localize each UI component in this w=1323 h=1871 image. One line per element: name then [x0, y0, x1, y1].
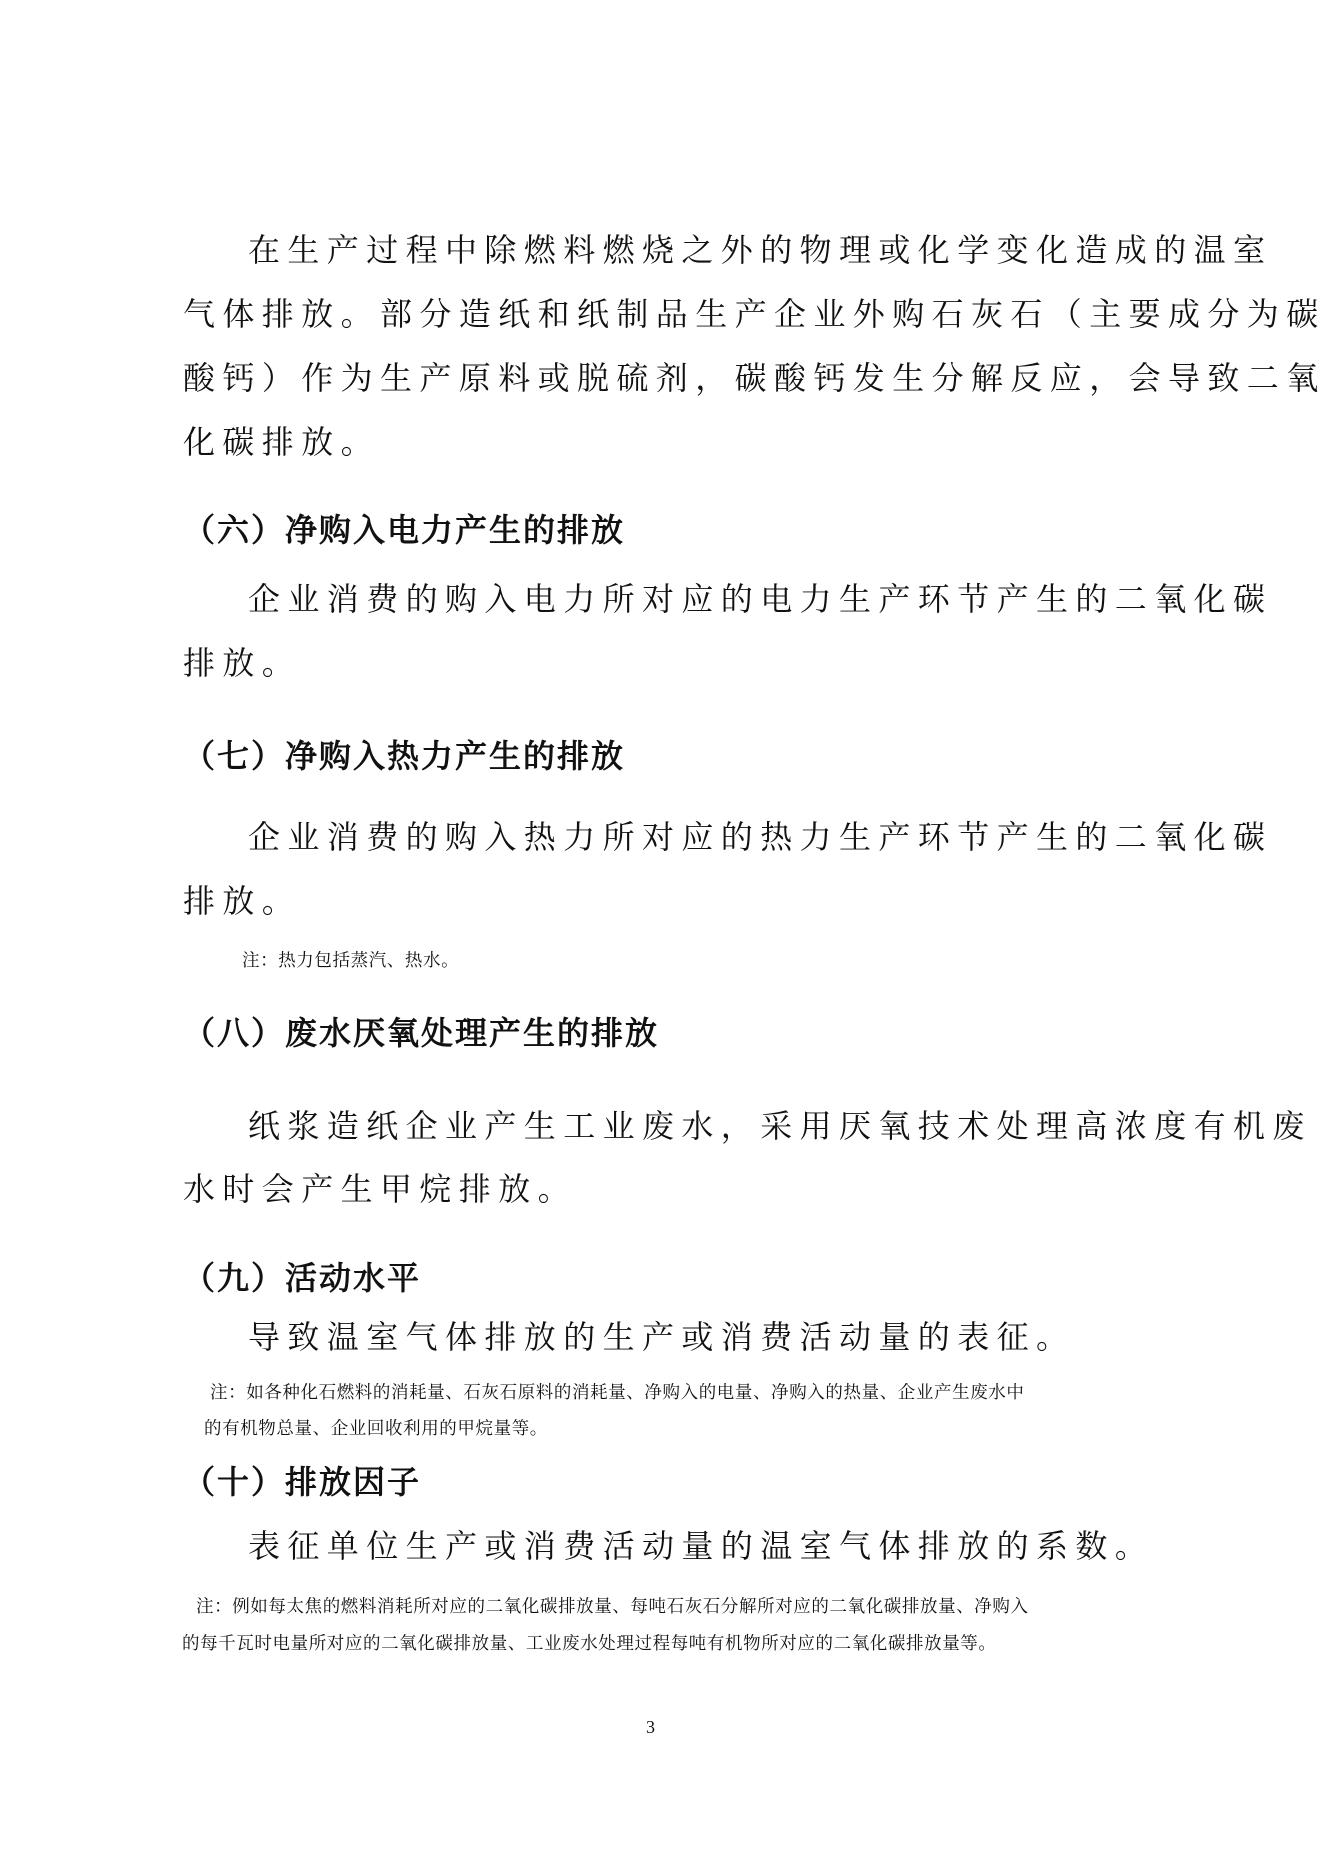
paragraph-line: 企业消费的购入热力所对应的热力生产环节产生的二氧化碳 — [248, 821, 1272, 853]
paragraph-line: 排放。 — [183, 647, 301, 679]
note-activity-level: 注：如各种化石燃料的消耗量、石灰石原料的消耗量、净购入的电量、净购入的热量、企业… — [210, 1385, 1025, 1403]
section-heading-6: （六）净购入电力产生的排放 — [183, 514, 625, 546]
note-emission-factor: 的每千瓦时电量所对应的二氧化碳排放量、工业废水处理过程每吨有机物所对应的二氧化碳… — [182, 1636, 997, 1654]
note-heat: 注：热力包括蒸汽、热水。 — [242, 953, 459, 971]
section-heading-9: （九）活动水平 — [183, 1262, 421, 1294]
paragraph-line: 表征单位生产或消费活动量的温室气体排放的系数。 — [248, 1530, 1154, 1562]
paragraph-line: 气体排放。部分造纸和纸制品生产企业外购石灰石（主要成分为碳 — [183, 298, 1323, 330]
paragraph-line: 纸浆造纸企业产生工业废水，采用厌氧技术处理高浓度有机废 — [248, 1110, 1312, 1142]
page-number: 3 — [646, 1718, 655, 1736]
paragraph-line: 酸钙）作为生产原料或脱硫剂，碳酸钙发生分解反应，会导致二氧 — [183, 362, 1323, 394]
section-heading-8: （八）废水厌氧处理产生的排放 — [183, 1017, 659, 1049]
section-heading-7: （七）净购入热力产生的排放 — [183, 740, 625, 772]
note-activity-level: 的有机物总量、企业回收利用的甲烷量等。 — [204, 1421, 548, 1439]
document-page: 在生产过程中除燃料燃烧之外的物理或化学变化造成的温室 气体排放。部分造纸和纸制品… — [0, 0, 1323, 1871]
paragraph-line: 化碳排放。 — [183, 426, 380, 458]
paragraph-line: 排放。 — [183, 885, 301, 917]
section-heading-10: （十）排放因子 — [183, 1466, 421, 1498]
paragraph-line: 导致温室气体排放的生产或消费活动量的表征。 — [248, 1321, 1075, 1353]
paragraph-line: 企业消费的购入电力所对应的电力生产环节产生的二氧化碳 — [248, 583, 1272, 615]
paragraph-line: 水时会产生甲烷排放。 — [183, 1173, 577, 1205]
note-emission-factor: 注：例如每太焦的燃料消耗所对应的二氧化碳排放量、每吨石灰石分解所对应的二氧化碳排… — [196, 1599, 1029, 1617]
paragraph-line: 在生产过程中除燃料燃烧之外的物理或化学变化造成的温室 — [248, 234, 1272, 266]
